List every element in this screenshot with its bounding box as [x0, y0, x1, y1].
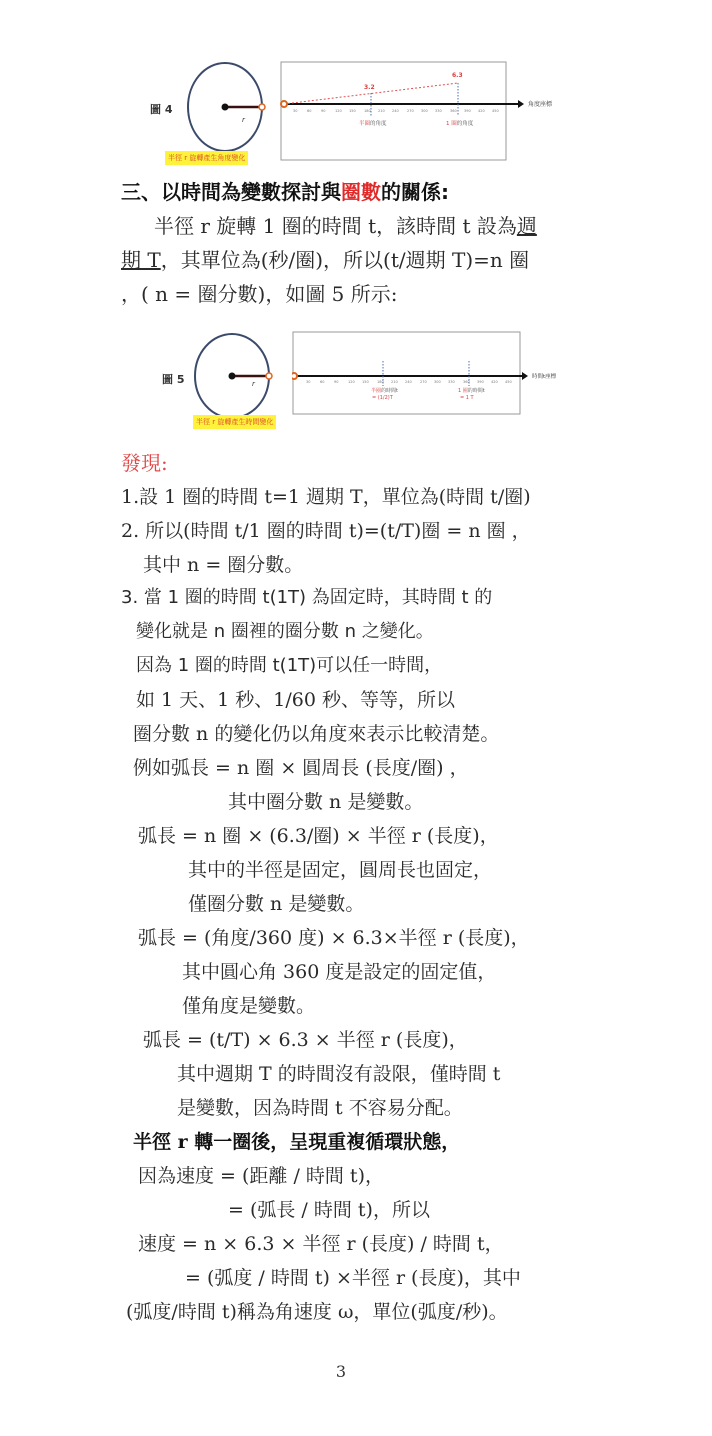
svg-text:30: 30	[293, 109, 297, 113]
circle-diagram: r	[182, 59, 272, 159]
figure-4-caption: 半徑 r 旋轉產生角度變化	[165, 151, 248, 165]
svg-text:180: 180	[377, 380, 384, 384]
svg-text:450: 450	[505, 380, 512, 384]
finding-line: 圈分數 n 的變化仍以角度來表示比較清楚。	[133, 722, 499, 746]
finding-line: 例如弧長 = n 圈 × 圓周長 (長度/圈) ，	[133, 756, 469, 780]
finding-line: = (弧度 / 時間 t) ×半徑 r (長度)，其中	[185, 1266, 521, 1290]
finding-line: 其中 n = 圈分數。	[143, 553, 303, 577]
svg-text:360: 360	[450, 109, 457, 113]
svg-text:270: 270	[407, 109, 414, 113]
svg-text:240: 240	[392, 109, 399, 113]
finding-line: 僅圈分數 n 是變數。	[188, 892, 364, 916]
finding-line: 弧長 = (t/T) × 6.3 × 半徑 r (長度)，	[143, 1028, 468, 1052]
svg-text:30: 30	[306, 380, 310, 384]
finding-line: 3. 當 1 圈的時間 t(1T) 為固定時，其時間 t 的	[121, 586, 492, 610]
svg-text:180: 180	[364, 109, 371, 113]
finding-line: 變化就是 n 圈裡的圈分數 n 之變化。	[136, 620, 434, 644]
svg-text:半圈的時間t: 半圈的時間t	[371, 387, 398, 394]
svg-text:390: 390	[477, 380, 484, 384]
svg-text:90: 90	[321, 109, 325, 113]
axis-label: 角度座標	[528, 100, 553, 108]
paragraph-line-1: 半徑 r 旋轉 1 圈的時間 t，該時間 t 設為週	[154, 214, 537, 238]
svg-text:= (1/2)T: = (1/2)T	[372, 395, 394, 401]
svg-text:210: 210	[378, 109, 385, 113]
svg-text:330: 330	[448, 380, 455, 384]
svg-text:120: 120	[348, 380, 355, 384]
svg-text:420: 420	[478, 109, 485, 113]
figure-4: 圖 4 r 半徑 r 旋轉產生角度變化 3.2 6.3 3060 90120 1…	[140, 55, 570, 170]
finding-line: 如 1 天、1 秒、1/60 秒、等等，所以	[136, 688, 455, 712]
finding-line: 僅角度是變數。	[182, 994, 315, 1018]
svg-text:1 圈的角度: 1 圈的角度	[446, 119, 474, 127]
finding-line: 1.設 1 圈的時間 t=1 週期 T，單位為(時間 t/圈)	[121, 485, 531, 509]
finding-line: = (弧長 / 時間 t)，所以	[228, 1198, 430, 1222]
svg-text:半圈的角度: 半圈的角度	[359, 119, 387, 127]
svg-text:300: 300	[434, 380, 441, 384]
full-value: 6.3	[452, 72, 463, 79]
svg-text:60: 60	[320, 380, 324, 384]
section-heading: 三、以時間為變數探討與圈數的關係:	[121, 180, 449, 204]
page-number: 3	[0, 1362, 682, 1381]
svg-text:240: 240	[405, 380, 412, 384]
paragraph-line-3: ，( n = 圈分數)，如圖 5 所示:	[121, 282, 398, 306]
finding-line: 因為速度 = (距離 / 時間 t)，	[138, 1164, 384, 1188]
svg-text:270: 270	[420, 380, 427, 384]
svg-text:390: 390	[464, 109, 471, 113]
finding-line-bold: 半徑 r 轉一圈後，呈現重複循環狀態，	[133, 1130, 460, 1154]
svg-text:60: 60	[307, 109, 311, 113]
paragraph-line-2: 期 T，其單位為(秒/圈)，所以(t/週期 T)=n 圈	[121, 248, 529, 272]
svg-text:450: 450	[492, 109, 499, 113]
half-value: 3.2	[364, 84, 375, 91]
figure-5-label: 圖 5	[162, 371, 184, 387]
findings-title: 發現:	[121, 451, 168, 475]
svg-text:300: 300	[421, 109, 428, 113]
svg-text:150: 150	[362, 380, 369, 384]
axis-label: 時間t座標	[532, 372, 557, 380]
svg-text:= 1 T: = 1 T	[460, 395, 475, 401]
svg-text:120: 120	[335, 109, 342, 113]
finding-line: 是變數，因為時間 t 不容易分配。	[177, 1096, 463, 1120]
svg-text:420: 420	[491, 380, 498, 384]
svg-text:150: 150	[349, 109, 356, 113]
figure-5-caption: 半徑 r 旋轉產生時間變化	[193, 415, 276, 429]
svg-text:210: 210	[391, 380, 398, 384]
finding-line: 其中的半徑是固定，圓周長也固定，	[188, 858, 492, 882]
radius-label: r	[252, 380, 256, 388]
finding-line: 其中圈分數 n 是變數。	[228, 790, 423, 814]
angle-axis-chart: 3.2 6.3 3060 90120 150180 210240 270300 …	[280, 61, 560, 166]
finding-line: 弧長 = (角度/360 度) × 6.3×半徑 r (長度)，	[138, 926, 530, 950]
svg-text:1 圈的時間t: 1 圈的時間t	[458, 387, 485, 394]
svg-text:90: 90	[334, 380, 338, 384]
finding-line: 其中週期 T 的時間沒有設限，僅時間 t	[177, 1062, 500, 1086]
finding-line: 其中圓心角 360 度是設定的固定值，	[182, 960, 496, 984]
circle-diagram: r	[192, 329, 282, 424]
finding-line: 2. 所以(時間 t/1 圈的時間 t)=(t/T)圈 = n 圈 ，	[121, 519, 531, 543]
figure-5: 圖 5 r 半徑 r 旋轉產生時間變化 3060 90120 150180 21…	[150, 325, 570, 430]
svg-text:330: 330	[435, 109, 442, 113]
radius-label: r	[242, 116, 246, 124]
finding-line: 因為 1 圈的時間 t(1T)可以任一時間，	[136, 654, 442, 678]
finding-line: (弧度/時間 t)稱為角速度 ω，單位(弧度/秒)。	[126, 1300, 508, 1324]
figure-4-label: 圖 4	[150, 101, 172, 117]
time-axis-chart: 3060 90120 150180 210240 270300 330360 3…	[292, 331, 567, 421]
svg-text:360: 360	[463, 380, 470, 384]
finding-line: 弧長 = n 圈 × (6.3/圈) × 半徑 r (長度)，	[138, 824, 499, 848]
finding-line: 速度 = n × 6.3 × 半徑 r (長度) / 時間 t，	[138, 1232, 504, 1256]
